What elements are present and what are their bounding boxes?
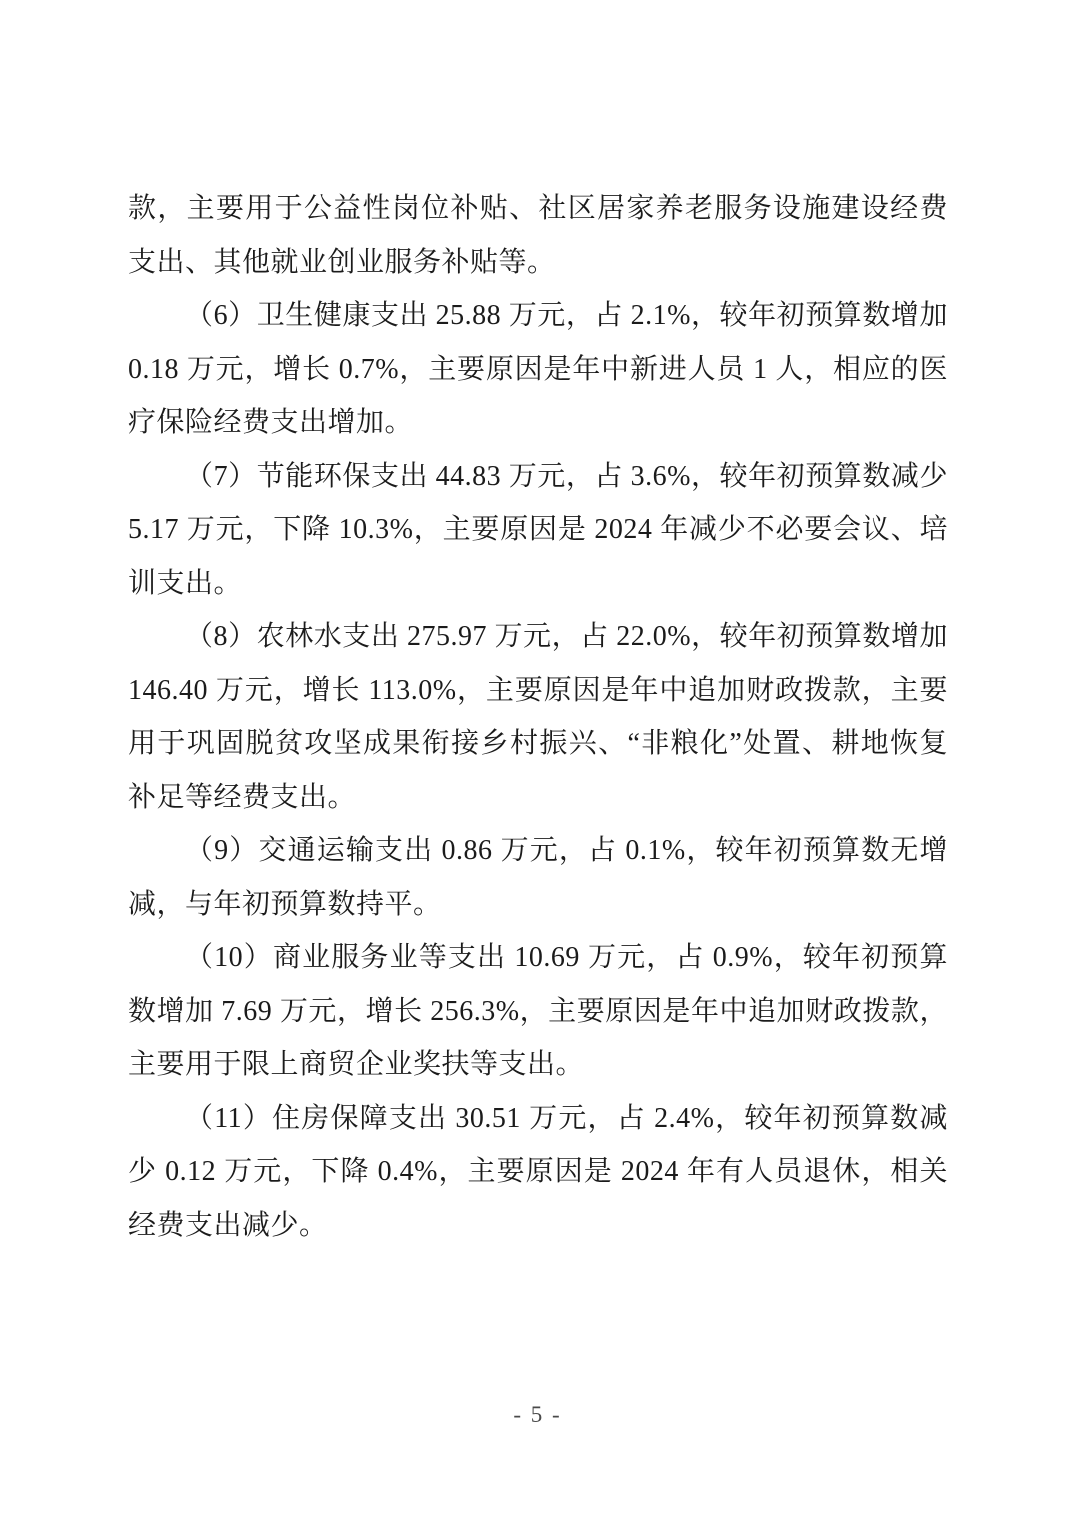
text-line: 训支出。 — [128, 557, 948, 611]
text-line: 减，与年初预算数持平。 — [128, 878, 948, 932]
text-line: 146.40 万元，增长 113.0%，主要原因是年中追加财政拨款，主要 — [128, 664, 948, 718]
text-line: 主要用于限上商贸企业奖扶等支出。 — [128, 1038, 948, 1092]
text-line: 疗保险经费支出增加。 — [128, 396, 948, 450]
text-line: 5.17 万元，下降 10.3%，主要原因是 2024 年减少不必要会议、培 — [128, 503, 948, 557]
text-line: （7）节能环保支出 44.83 万元，占 3.6%，较年初预算数减少 — [128, 450, 948, 504]
text-line: 0.18 万元，增长 0.7%，主要原因是年中新进人员 1 人，相应的医 — [128, 343, 948, 397]
text-line: 用于巩固脱贫攻坚成果衔接乡村振兴、“非粮化”处置、耕地恢复 — [128, 717, 948, 771]
text-line: （9）交通运输支出 0.86 万元，占 0.1%，较年初预算数无增 — [128, 824, 948, 878]
text-line: （6）卫生健康支出 25.88 万元，占 2.1%，较年初预算数增加 — [128, 289, 948, 343]
text-line: （11）住房保障支出 30.51 万元，占 2.4%，较年初预算数减 — [128, 1092, 948, 1146]
text-line: （10）商业服务业等支出 10.69 万元，占 0.9%，较年初预算 — [128, 931, 948, 985]
text-line: 款，主要用于公益性岗位补贴、社区居家养老服务设施建设经费 — [128, 182, 948, 236]
text-line: 支出、其他就业创业服务补贴等。 — [128, 236, 948, 290]
text-line: （8）农林水支出 275.97 万元，占 22.0%，较年初预算数增加 — [128, 610, 948, 664]
document-body: 款，主要用于公益性岗位补贴、社区居家养老服务设施建设经费支出、其他就业创业服务补… — [128, 182, 948, 1252]
document-page: 款，主要用于公益性岗位补贴、社区居家养老服务设施建设经费支出、其他就业创业服务补… — [0, 0, 1075, 1520]
text-line: 数增加 7.69 万元，增长 256.3%，主要原因是年中追加财政拨款， — [128, 985, 948, 1039]
page-number: - 5 - — [0, 1402, 1075, 1428]
text-line: 少 0.12 万元，下降 0.4%，主要原因是 2024 年有人员退休，相关 — [128, 1145, 948, 1199]
text-line: 经费支出减少。 — [128, 1199, 948, 1253]
text-line: 补足等经费支出。 — [128, 771, 948, 825]
